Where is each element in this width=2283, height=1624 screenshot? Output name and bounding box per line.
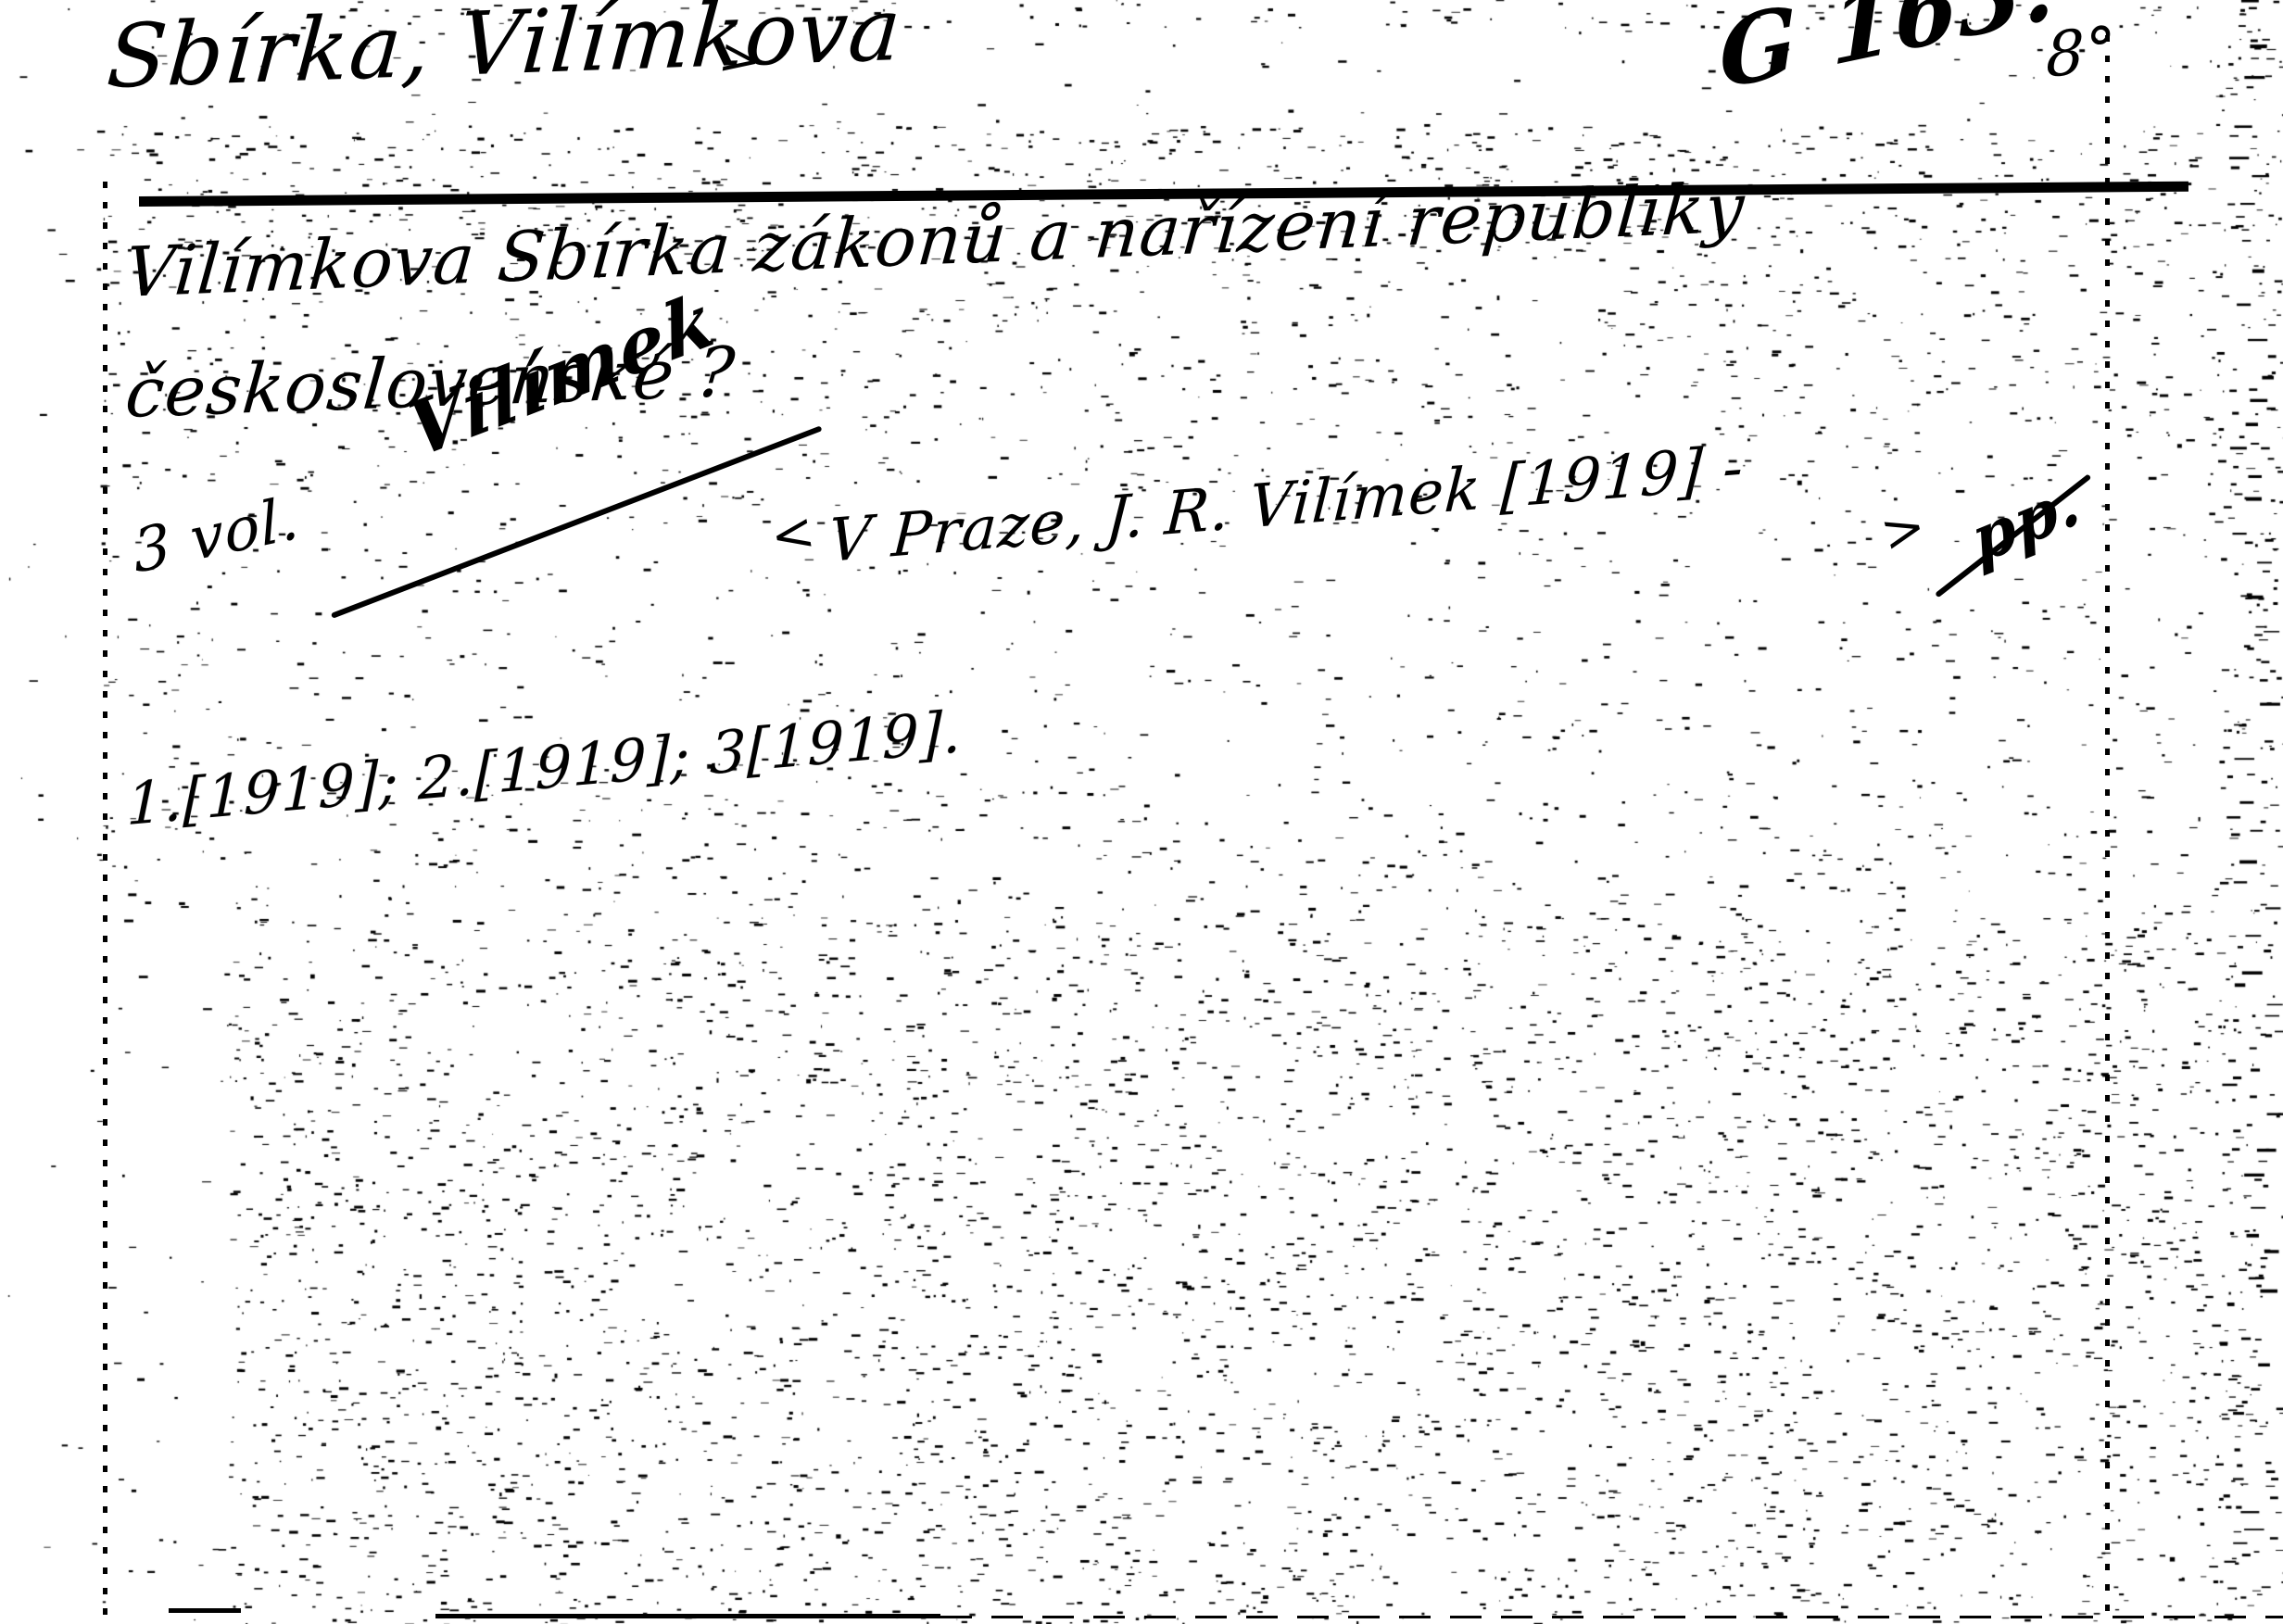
catalog-card: Sbírka, Vilímkova > G 163. - 8° Vilímkov…	[0, 0, 2283, 1624]
bottom-edge-dash	[169, 1608, 241, 1613]
bottom-edge-rule-dashed	[940, 1616, 2283, 1618]
right-dotted-line	[2105, 35, 2110, 1624]
left-dotted-border	[103, 182, 107, 1624]
format-size-mark: 8°	[2046, 13, 2117, 92]
heading-caret-mark: >	[715, 27, 766, 91]
bottom-edge-rule	[435, 1614, 940, 1618]
